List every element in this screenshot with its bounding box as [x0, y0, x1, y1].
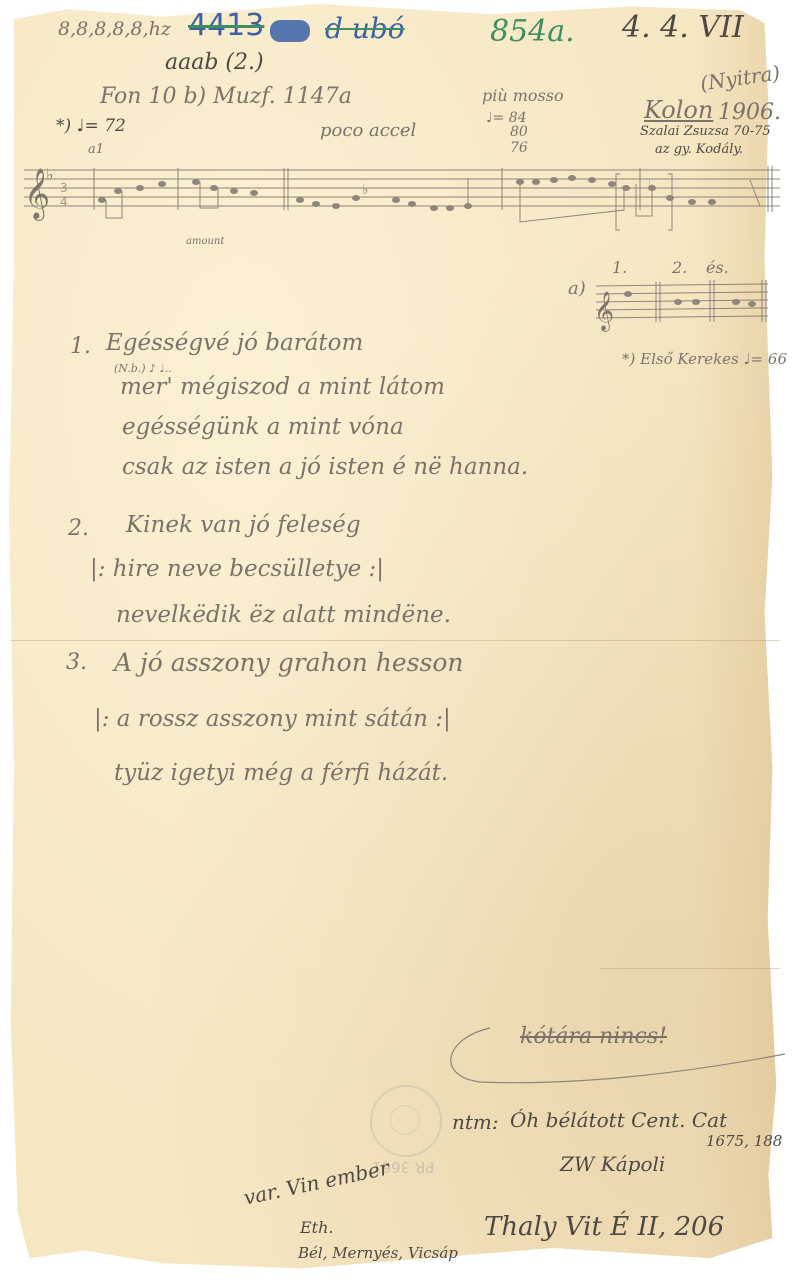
verse-1-line-4: csak az isten a jó isten é në hanna. [122, 454, 528, 480]
note-label: ntm: [452, 1110, 499, 1134]
svg-text:4: 4 [60, 195, 68, 209]
fold-crease [10, 640, 780, 641]
note-reference: 1675, 188 [706, 1132, 782, 1150]
classification: 4. 4. VII [622, 10, 744, 45]
note-text: Óh bélátott Cent. Cat [510, 1108, 727, 1132]
verse-2-line-1: Kinek van jó feleség [126, 512, 361, 538]
verse-1-number: 1. [70, 334, 91, 359]
tempo-footnote: *) Első Kerekes ♩= 66 [622, 350, 787, 368]
svg-text:3: 3 [60, 181, 68, 195]
tempo-piu: più mosso [482, 86, 564, 105]
section-label-a1: a1 [88, 142, 104, 157]
tempo-poco-accel: poco accel [320, 120, 416, 141]
catalog-number: 854a. [490, 14, 575, 49]
variant-sub-1: Eth. [300, 1218, 334, 1237]
year: 1906. [718, 100, 781, 125]
struck-blue-text: d ubó [325, 12, 405, 45]
verse-1-line-2: mer' mégiszod a mint látom [120, 374, 445, 400]
music-staff: 𝄞 ♭ 3 4 [20, 160, 790, 250]
annotation-below-staff: amount [186, 236, 224, 247]
svg-text:♭: ♭ [362, 182, 369, 198]
struck-blue-number: 4413 [188, 8, 264, 43]
verse-1-line-1: Egésségvé jó barátom [106, 330, 363, 356]
place-name: Kolon [644, 96, 713, 124]
verse-3-line-1: A jó asszony grahon hesson [114, 648, 463, 677]
tempo-marking: *) ♩= 72 [56, 116, 126, 136]
struck-note: kótára nincs! [520, 1024, 667, 1049]
verse-2-line-3: nevelkëdik ëz alatt mindëne. [116, 602, 451, 628]
verse-2-line-2: |: hire neve becsülletye :| [90, 556, 384, 582]
verse-3-line-2: |: a rossz asszony mint sátán :| [94, 706, 451, 732]
variant-staff: 𝄞 [592, 272, 772, 332]
source-reference: Fon 10 b) Muzf. 1147a [100, 84, 352, 109]
fold-crease [600, 968, 780, 969]
singer-name: Szalai Zsuzsa 70-75 [640, 124, 771, 139]
collector-note: az gy. Kodály. [655, 142, 743, 157]
form-scheme: aaab (2.) [165, 50, 264, 75]
verse-2-number: 2. [68, 516, 89, 541]
library-stamp [370, 1085, 442, 1157]
verse-3-line-3: tyüz igetyi még a férfi házát. [114, 760, 448, 786]
enclosing-stroke [440, 1010, 790, 1090]
svg-text:𝄞: 𝄞 [594, 291, 614, 332]
pencil-code: 8,8,8,8,8,hz [58, 18, 171, 40]
variant-label: a) [568, 278, 586, 299]
note-text-2: ZW Kápoli [560, 1152, 665, 1176]
blue-ink-blot [270, 20, 310, 42]
variant-sub-2: Bél, Mernyés, Vicsáp [298, 1244, 458, 1262]
verse-1-line-3: egésségünk a mint vóna [122, 414, 404, 440]
svg-text:♭: ♭ [46, 165, 54, 184]
reference: Thaly Vit É II, 206 [484, 1212, 724, 1242]
tempo-value-2: 80 [510, 124, 528, 140]
svg-text:♭: ♭ [648, 178, 655, 194]
tempo-value-3: 76 [510, 140, 528, 156]
verse-3-number: 3. [66, 650, 87, 675]
